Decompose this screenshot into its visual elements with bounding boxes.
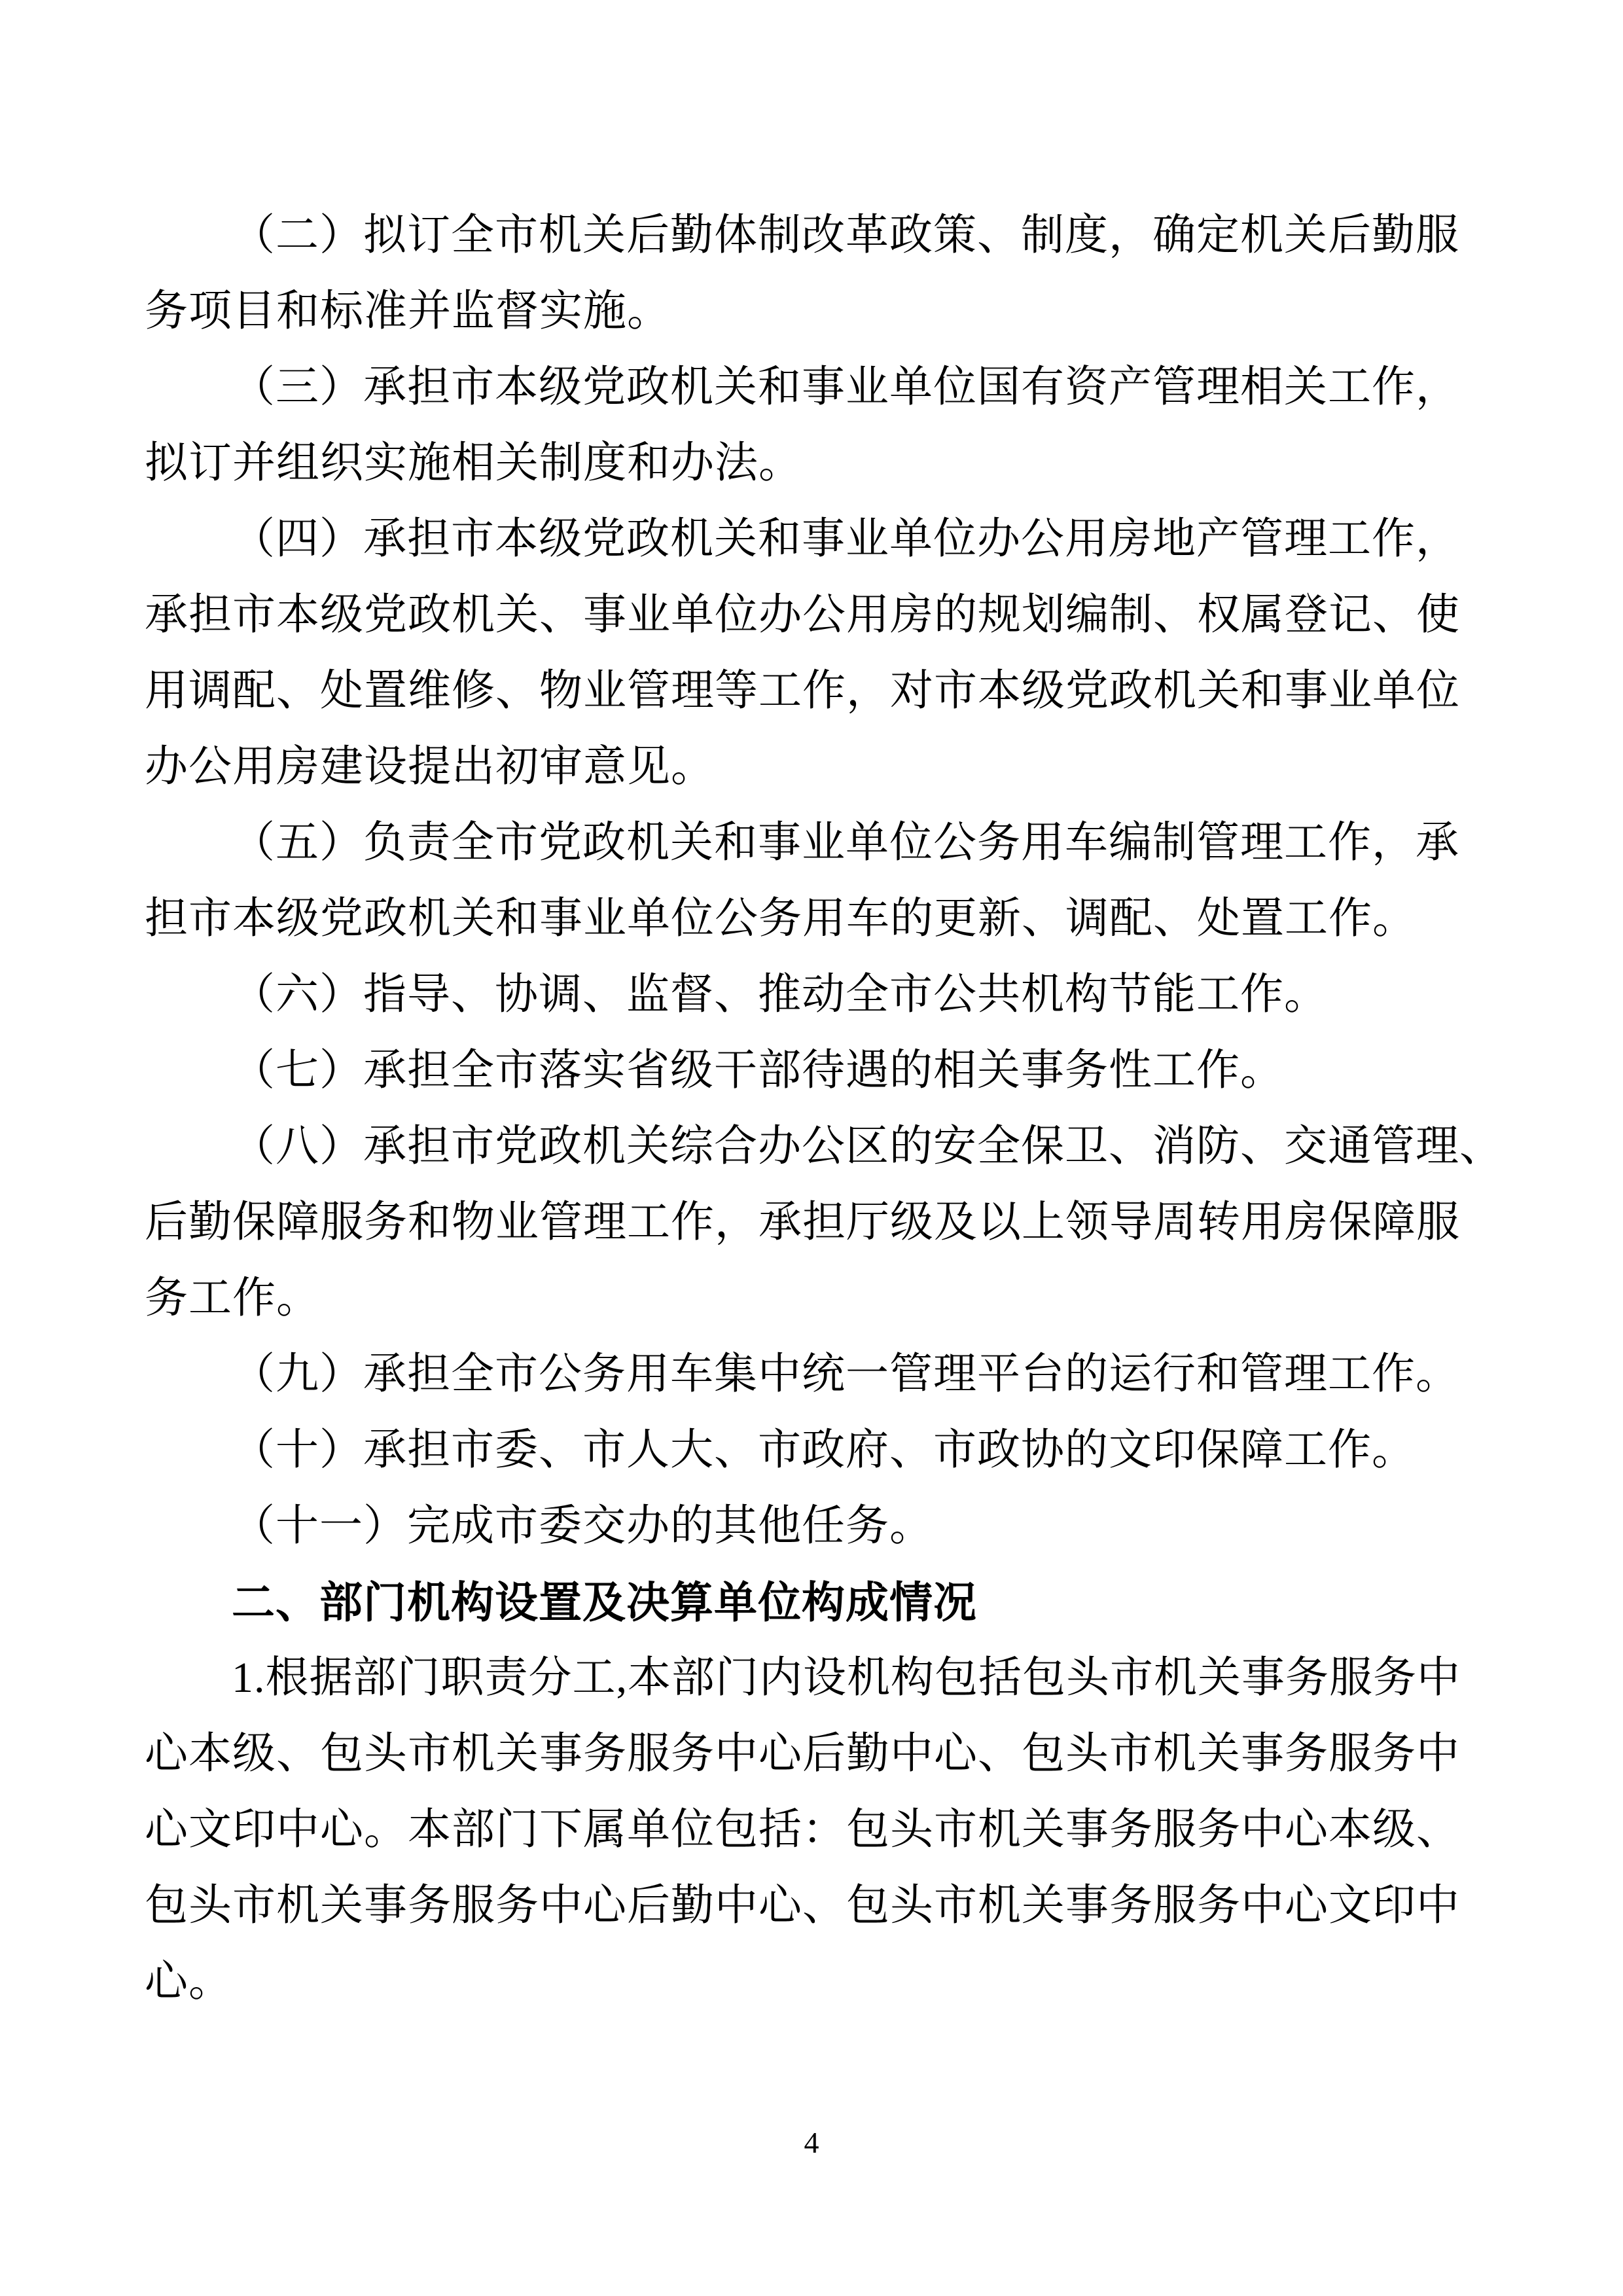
text-line: （八）承担市党政机关综合办公区的安全保卫、消防、交通管理、 [145,1109,1461,1185]
text-line: 务工作。 [145,1261,1461,1336]
text-line: 拟订并组织实施相关制度和办法。 [145,425,1461,501]
text-line: （五）负责全市党政机关和事业单位公务用车编制管理工作，承 [145,805,1461,881]
text-line: （十）承担市委、市人大、市政府、市政协的文印保障工作。 [145,1412,1461,1488]
section-heading: 二、部门机构设置及决算单位构成情况 [145,1564,1461,1640]
text-line: （四）承担市本级党政机关和事业单位办公用房地产管理工作， [145,501,1461,577]
text-line: 担市本级党政机关和事业单位公务用车的更新、调配、处置工作。 [145,881,1461,957]
document-page: { "colors": { "text": "#000000", "backgr… [0,0,1623,2296]
text-line: 心本级、包头市机关事务服务中心后勤中心、包头市机关事务服务中 [145,1716,1461,1792]
text-line: 1.根据部门职责分工,本部门内设机构包括包头市机关事务服务中 [145,1640,1461,1716]
text-line: 承担市本级党政机关、事业单位办公用房的规划编制、权属登记、使 [145,577,1461,653]
document-body: （二）拟订全市机关后勤体制改革政策、制度，确定机关后勤服 务项目和标准并监督实施… [145,198,1461,2020]
text-line: 务项目和标准并监督实施。 [145,274,1461,350]
text-line: （七）承担全市落实省级干部待遇的相关事务性工作。 [145,1033,1461,1109]
text-line: 办公用房建设提出初审意见。 [145,729,1461,805]
page-number: 4 [0,2126,1623,2160]
text-line: 心。 [145,1944,1461,2020]
text-line: 包头市机关事务服务中心后勤中心、包头市机关事务服务中心文印中 [145,1868,1461,1944]
text-line: （二）拟订全市机关后勤体制改革政策、制度，确定机关后勤服 [145,198,1461,274]
text-line: （十一）完成市委交办的其他任务。 [145,1488,1461,1564]
text-line: 用调配、处置维修、物业管理等工作，对市本级党政机关和事业单位 [145,653,1461,729]
text-line: 后勤保障服务和物业管理工作，承担厅级及以上领导周转用房保障服 [145,1185,1461,1261]
text-line: （六）指导、协调、监督、推动全市公共机构节能工作。 [145,957,1461,1033]
text-line: （九）承担全市公务用车集中统一管理平台的运行和管理工作。 [145,1336,1461,1412]
text-line: 心文印中心。本部门下属单位包括：包头市机关事务服务中心本级、 [145,1792,1461,1868]
text-line: （三）承担市本级党政机关和事业单位国有资产管理相关工作， [145,350,1461,425]
